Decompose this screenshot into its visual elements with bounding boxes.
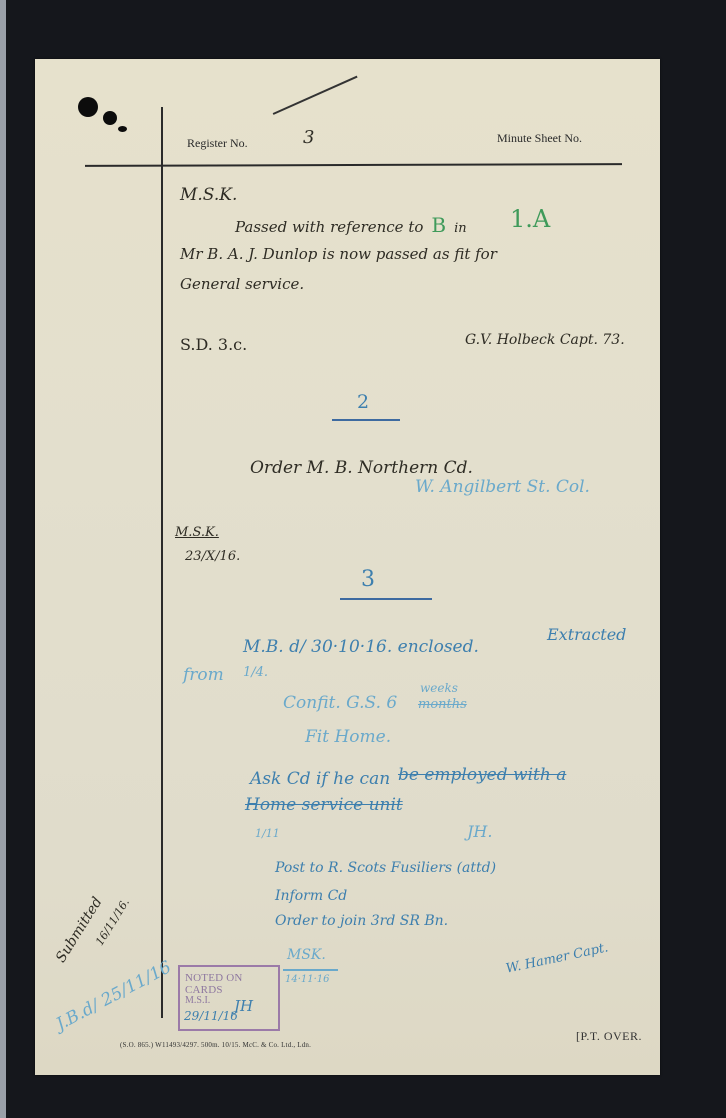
minute2-underline (332, 419, 400, 421)
minute1-line1-text: Passed with reference to (235, 218, 423, 236)
printer-imprint: (S.O. 865.) W11493/4297. 500m. 10/15. Mc… (120, 1041, 311, 1049)
minute1-line3: General service. (180, 275, 304, 293)
minute3-line3-inserted: weeks (420, 681, 458, 695)
minute3-line4: Fit Home. (305, 727, 391, 747)
margin-note3: J.B.d/ 25/11/16 (53, 957, 175, 1034)
please-turn-over: [P.T. OVER. (576, 1029, 642, 1044)
minute3-line3-struck: months (418, 697, 467, 712)
minute3-number: 3 (361, 567, 375, 592)
minute3-line5-struck: be employed with a (398, 765, 566, 785)
register-label: Register No. (187, 136, 248, 151)
minute3-line3: Confit. G.S. 6 (283, 693, 397, 713)
minute2-number: 2 (357, 391, 369, 413)
minute1-line2: Mr B. A. J. Dunlop is now passed as fit … (180, 245, 497, 263)
minute3-line7: Post to R. Scots Fusiliers (attd) (275, 860, 496, 876)
stamp-office: M.S.I. (185, 995, 210, 1006)
stamp-title: NOTED ON CARDS (185, 972, 278, 996)
minute-sheet-page: Register No. 3 Minute Sheet No. M.S.K. P… (35, 59, 660, 1075)
punch-hole-large (78, 97, 98, 117)
margin-rule (161, 107, 163, 1018)
minute1-addressee: M.S.K. (180, 185, 237, 205)
margin-note1-date: 23/X/16. (185, 549, 240, 564)
minute3-line5-plain: Ask Cd if he can (250, 769, 390, 789)
register-value: 3 (303, 127, 314, 148)
background-edge (0, 0, 6, 1118)
minute1-signature: G.V. Holbeck Capt. 73. (465, 332, 625, 348)
header-rule (85, 163, 622, 167)
stamp-date: 29/11/16 (184, 1009, 238, 1023)
minute3-line1: M.B. d/ 30·10·16. enclosed. (243, 637, 479, 657)
margin-note1-initials: M.S.K. (175, 525, 219, 540)
minute1-line1: Passed with reference to B in (235, 213, 467, 237)
msk-underline (283, 969, 338, 971)
minute3-line1-extra: Extracted (547, 625, 626, 644)
minute3-underline (340, 598, 432, 600)
minute2-signature: W. Angilbert St. Col. (415, 477, 590, 497)
msk-date: 14·11·16 (285, 974, 330, 985)
minute3-date-small: 1/11 (255, 827, 280, 840)
minute3-line8: Inform Cd (275, 888, 347, 904)
msk-initials: MSK. (287, 947, 326, 963)
minute3-line9: Order to join 3rd SR Bn. (275, 913, 448, 929)
punch-hole-medium (103, 111, 117, 125)
minute-sheet-label: Minute Sheet No. (497, 131, 582, 146)
minute1-green-letter: B (431, 213, 446, 237)
minute3-signature: W. Hamer Capt. (505, 940, 610, 976)
minute1-in: in (454, 221, 467, 236)
margin-note2-submitted: Submitted (53, 894, 106, 965)
minute2-text: Order M. B. Northern Cd. (250, 458, 473, 478)
register-arrow-stroke (273, 76, 358, 115)
noted-on-cards-stamp: NOTED ON CARDS M.S.I. 29/11/16 JH (178, 965, 280, 1031)
minute3-line2-fraction: 1/4. (243, 665, 268, 680)
minute1-from: S.D. 3.c. (180, 335, 247, 354)
punch-hole-small (118, 126, 127, 132)
minute3-initials: JH. (467, 822, 492, 841)
minute3-line2: from (183, 665, 224, 685)
minute1-green-annotation: 1.A (510, 205, 550, 233)
minute3-line6-struck: Home service unit (245, 795, 403, 815)
stamp-initials: JH (234, 997, 253, 1015)
